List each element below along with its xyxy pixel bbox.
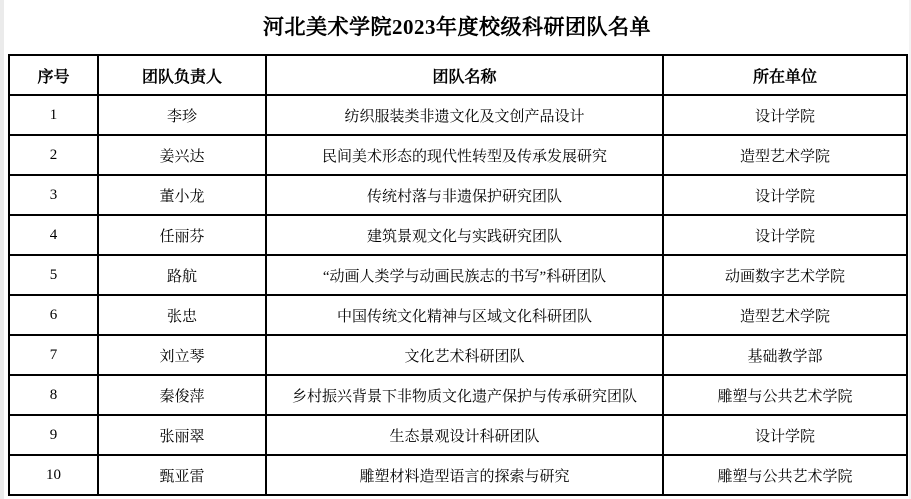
cell-team-name: 生态景观设计科研团队: [266, 415, 663, 455]
cell-unit: 雕塑与公共艺术学院: [663, 375, 907, 415]
cell-team-name: “动画人类学与动画民族志的书写”科研团队: [266, 255, 663, 295]
table-row: 3 董小龙 传统村落与非遗保护研究团队 设计学院: [9, 175, 907, 215]
cell-unit: 造型艺术学院: [663, 295, 907, 335]
table-row: 2 姜兴达 民间美术形态的现代性转型及传承发展研究 造型艺术学院: [9, 135, 907, 175]
table-row: 9 张丽翠 生态景观设计科研团队 设计学院: [9, 415, 907, 455]
cell-leader: 任丽芬: [98, 215, 266, 255]
cell-leader: 李珍: [98, 95, 266, 135]
cell-index: 9: [9, 415, 98, 455]
cell-index: 4: [9, 215, 98, 255]
header-row: 序号 团队负责人 团队名称 所在单位: [9, 55, 907, 95]
cell-index: 10: [9, 455, 98, 495]
header-index: 序号: [9, 55, 98, 95]
cell-unit: 雕塑与公共艺术学院: [663, 455, 907, 495]
cell-unit: 设计学院: [663, 415, 907, 455]
table-row: 8 秦俊萍 乡村振兴背景下非物质文化遗产保护与传承研究团队 雕塑与公共艺术学院: [9, 375, 907, 415]
cell-team-name: 纺织服装类非遗文化及文创产品设计: [266, 95, 663, 135]
cell-team-name: 传统村落与非遗保护研究团队: [266, 175, 663, 215]
cell-index: 7: [9, 335, 98, 375]
cell-leader: 张丽翠: [98, 415, 266, 455]
cell-unit: 基础教学部: [663, 335, 907, 375]
header-unit: 所在单位: [663, 55, 907, 95]
table-row: 5 路航 “动画人类学与动画民族志的书写”科研团队 动画数字艺术学院: [9, 255, 907, 295]
left-edge-strip: [0, 0, 4, 499]
cell-index: 5: [9, 255, 98, 295]
cell-unit: 设计学院: [663, 95, 907, 135]
cell-unit: 动画数字艺术学院: [663, 255, 907, 295]
cell-leader: 秦俊萍: [98, 375, 266, 415]
page-title: 河北美术学院2023年度校级科研团队名单: [8, 0, 906, 54]
cell-index: 6: [9, 295, 98, 335]
cell-unit: 造型艺术学院: [663, 135, 907, 175]
cell-index: 2: [9, 135, 98, 175]
cell-index: 8: [9, 375, 98, 415]
table-row: 10 甄亚雷 雕塑材料造型语言的探索与研究 雕塑与公共艺术学院: [9, 455, 907, 495]
cell-index: 1: [9, 95, 98, 135]
page: 河北美术学院2023年度校级科研团队名单 序号 团队负责人 团队名称 所在单位 …: [8, 0, 906, 496]
table-row: 7 刘立琴 文化艺术科研团队 基础教学部: [9, 335, 907, 375]
cell-leader: 董小龙: [98, 175, 266, 215]
cell-team-name: 民间美术形态的现代性转型及传承发展研究: [266, 135, 663, 175]
cell-team-name: 文化艺术科研团队: [266, 335, 663, 375]
cell-team-name: 中国传统文化精神与区域文化科研团队: [266, 295, 663, 335]
cell-leader: 甄亚雷: [98, 455, 266, 495]
cell-team-name: 雕塑材料造型语言的探索与研究: [266, 455, 663, 495]
research-teams-table: 序号 团队负责人 团队名称 所在单位 1 李珍 纺织服装类非遗文化及文创产品设计…: [8, 54, 908, 496]
header-team-name: 团队名称: [266, 55, 663, 95]
cell-team-name: 建筑景观文化与实践研究团队: [266, 215, 663, 255]
table-row: 6 张忠 中国传统文化精神与区域文化科研团队 造型艺术学院: [9, 295, 907, 335]
header-leader: 团队负责人: [98, 55, 266, 95]
table-row: 4 任丽芬 建筑景观文化与实践研究团队 设计学院: [9, 215, 907, 255]
cell-leader: 张忠: [98, 295, 266, 335]
cell-team-name: 乡村振兴背景下非物质文化遗产保护与传承研究团队: [266, 375, 663, 415]
cell-leader: 刘立琴: [98, 335, 266, 375]
table-row: 1 李珍 纺织服装类非遗文化及文创产品设计 设计学院: [9, 95, 907, 135]
cell-unit: 设计学院: [663, 175, 907, 215]
cell-unit: 设计学院: [663, 215, 907, 255]
table-body: 1 李珍 纺织服装类非遗文化及文创产品设计 设计学院 2 姜兴达 民间美术形态的…: [9, 95, 907, 495]
cell-leader: 姜兴达: [98, 135, 266, 175]
cell-index: 3: [9, 175, 98, 215]
cell-leader: 路航: [98, 255, 266, 295]
